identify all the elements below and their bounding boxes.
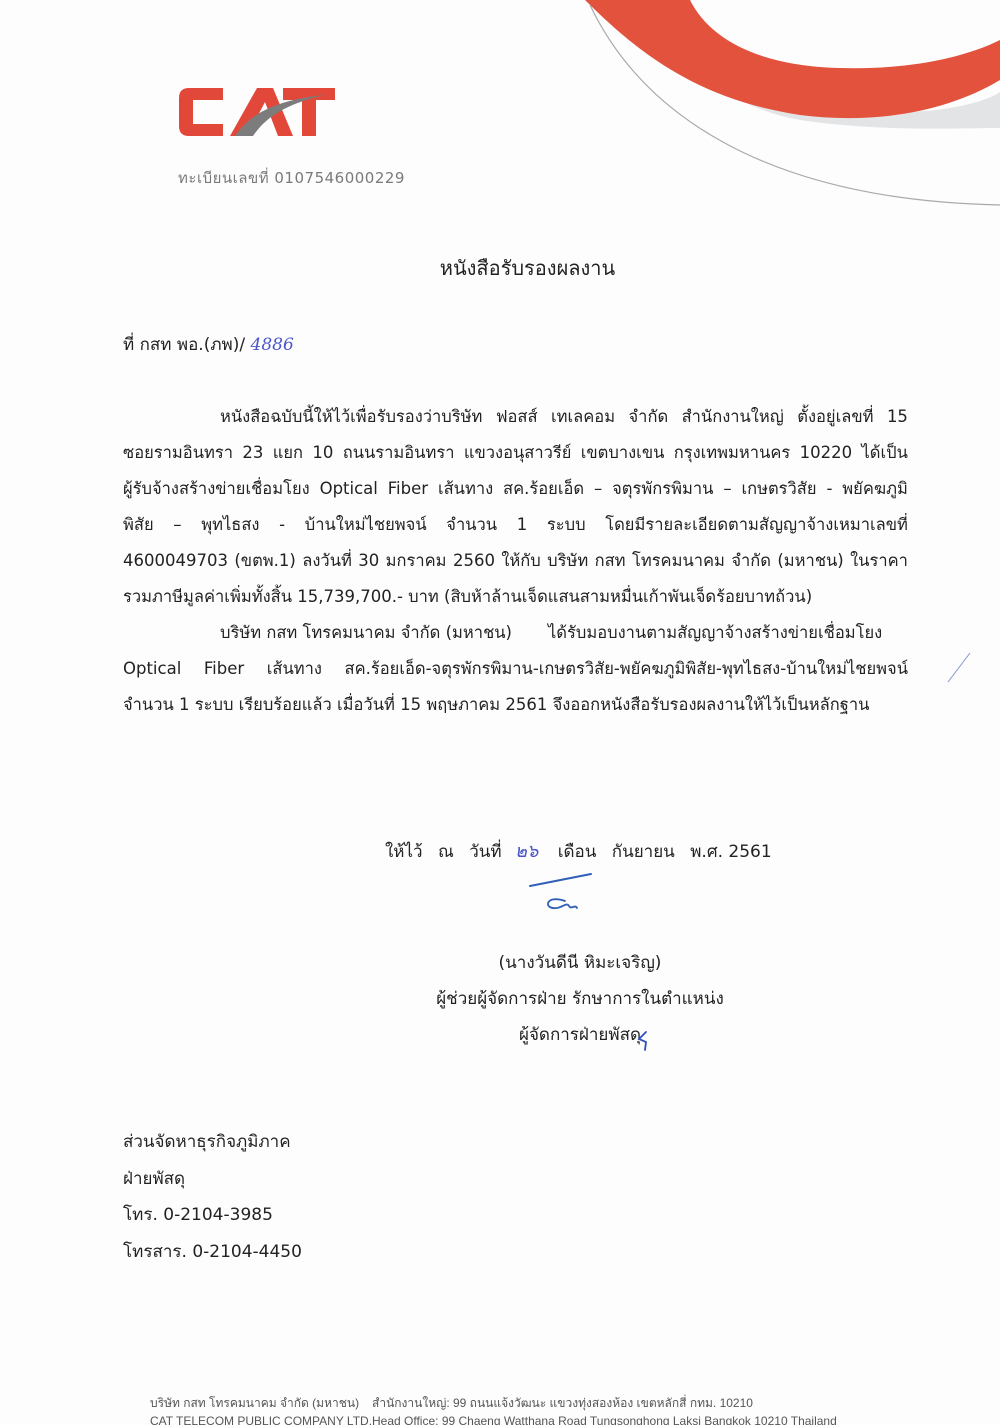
signatory-block: (นางวันดีนี หิมะเจริญ) ผู้ช่วยผู้จัดการฝ… xyxy=(380,945,780,1053)
body-word: เส้นทาง xyxy=(267,651,322,687)
month-label: เดือน xyxy=(558,842,597,862)
footer-address-en: Head Office: 99 Chaeng Watthana Road Tun… xyxy=(372,1412,837,1425)
contact-block: ส่วนจัดหาธุรกิจภูมิภาค ฝ่ายพัสดุ โทร. 0-… xyxy=(123,1124,302,1270)
body-word: – xyxy=(173,507,181,543)
registration-number: ทะเบียนเลขที่ 0107546000229 xyxy=(178,166,405,190)
body-word: สค.ร้อยเอ็ด-จตุรพักรพิมาน-เกษตรวิสัย-พยั… xyxy=(345,651,908,687)
year-value: 2561 xyxy=(728,842,771,862)
cat-logo xyxy=(175,78,345,148)
body-word: จตุรพักรพิมาน xyxy=(612,471,713,507)
stray-pen-mark xyxy=(945,650,975,685)
body-word: พยัคฆภูมิ xyxy=(842,471,908,507)
body-word: Optical xyxy=(123,651,181,687)
document-title: หนังสือรับรองผลงาน xyxy=(0,252,1000,284)
body-word: จำนวน xyxy=(446,507,497,543)
contact-division: ฝ่ายพัสดุ xyxy=(123,1161,302,1198)
signatory-name: (นางวันดีนี หิมะเจริญ) xyxy=(380,945,780,981)
contact-department: ส่วนจัดหาธุรกิจภูมิภาค xyxy=(123,1124,302,1161)
body-line: จำนวน 1 ระบบ เรียบร้อยแล้ว เมื่อวันที่ 1… xyxy=(123,687,908,723)
body-word: 23 xyxy=(242,435,263,471)
body-line: ผู้รับจ้างสร้างข่ายเชื่อมโยงOpticalFiber… xyxy=(123,471,908,507)
day-label: วันที่ xyxy=(469,842,501,862)
body-word: ได้รับมอบงานตามสัญญาจ้างสร้างข่ายเชื่อมโ… xyxy=(548,615,882,651)
body-line: 4600049703(ขตพ.1)ลงวันที่30มกราคม2560ให้… xyxy=(123,543,908,579)
body-word: เขตบางเขน xyxy=(581,435,665,471)
signatory-department: ผู้จัดการฝ่ายพัสดุ xyxy=(380,1017,780,1053)
signature xyxy=(525,866,605,916)
registration-value: 0107546000229 xyxy=(274,169,405,187)
body-word: โดยมีรายละเอียดตามสัญญาจ้างเหมาเลขที่ xyxy=(605,507,908,543)
body-word: จำกัด xyxy=(629,399,669,435)
footer-address-th: สำนักงานใหญ่: 99 ถนนแจ้งวัฒนะ แขวงทุ่งสอ… xyxy=(372,1394,753,1412)
contact-phone: โทร. 0-2104-3985 xyxy=(123,1197,302,1234)
signatory-position: ผู้ช่วยผู้จัดการฝ่าย รักษาการในตำแหน่ง xyxy=(380,981,780,1017)
body-word: - xyxy=(279,507,285,543)
body-word: 10 xyxy=(312,435,333,471)
body-word: ซอยรามอินทรา xyxy=(123,435,233,471)
body-line: OpticalFiberเส้นทางสค.ร้อยเอ็ด-จตุรพักรพ… xyxy=(123,651,908,687)
body-word: – xyxy=(723,471,731,507)
body-line: พิสัย–พุทไธสง-บ้านใหม่ไชยพจน์จำนวน1ระบบโ… xyxy=(123,507,908,543)
body-word: บ้านใหม่ไชยพจน์ xyxy=(305,507,427,543)
body-word: Optical xyxy=(320,471,378,507)
body-word: แขวงอนุสาวรีย์ xyxy=(464,435,572,471)
body-word: โทรคมนาคม xyxy=(632,543,725,579)
body-word: 10220 xyxy=(800,435,853,471)
given-label: ให้ไว้ xyxy=(385,842,423,862)
body-word: 30 xyxy=(358,543,379,579)
body-word: ถนนรามอินทรา xyxy=(343,435,455,471)
body-word: 4600049703 xyxy=(123,543,228,579)
body-word: - xyxy=(826,471,832,507)
body-line: ซอยรามอินทรา23แยก10ถนนรามอินทราแขวงอนุสา… xyxy=(123,435,908,471)
body-word: – xyxy=(594,471,602,507)
body-word: แยก xyxy=(273,435,303,471)
letterhead-footer: บริษัท กสท โทรคมนาคม จำกัด (มหาชน) สำนัก… xyxy=(150,1394,837,1425)
body-word: เทเลคอม xyxy=(551,399,615,435)
body-word: ผู้รับจ้างสร้างข่ายเชื่อมโยง xyxy=(123,471,310,507)
body-line: รวมภาษีมูลค่าเพิ่มทั้งสิ้น 15,739,700.- … xyxy=(123,579,908,615)
body-word: สำนักงานใหญ่ xyxy=(682,399,784,435)
body-word: ฟอสส์ xyxy=(496,399,538,435)
body-word: 15 xyxy=(887,399,908,435)
body-word: เกษตรวิสัย xyxy=(741,471,816,507)
body-word: กรุงเทพมหานคร xyxy=(674,435,791,471)
body-word: 1 xyxy=(517,507,528,543)
body-word: พุทไธสง xyxy=(201,507,259,543)
body-word: Fiber xyxy=(388,471,428,507)
footer-company-th: บริษัท กสท โทรคมนาคม จำกัด (มหาชน) xyxy=(150,1394,358,1412)
body-word: บริษัท กสท โทรคมนาคม จำกัด (มหาชน) xyxy=(220,615,512,651)
body-line: หนังสือฉบับนี้ให้ไว้เพื่อรับรองว่าบริษัท… xyxy=(123,399,908,435)
body-word: ลงวันที่ xyxy=(302,543,352,579)
letterhead-swoosh-graphic xyxy=(0,0,1000,260)
reference-number: ที่ กสท พอ.(ภพ)/ 4886 xyxy=(123,331,294,358)
body-word: รวมภาษีมูลค่าเพิ่มทั้งสิ้น 15,739,700.- … xyxy=(123,579,812,615)
body-word: ในราคา xyxy=(850,543,908,579)
body-word: กสท xyxy=(595,543,626,579)
body-word: จำกัด xyxy=(731,543,771,579)
body-word: จำนวน 1 ระบบ เรียบร้อยแล้ว เมื่อวันที่ 1… xyxy=(123,687,869,723)
body-word: หนังสือฉบับนี้ให้ไว้เพื่อรับรองว่าบริษัท xyxy=(220,399,482,435)
issue-date-line: ให้ไว้ ณ วันที่ ๒๖ เดือน กันยายน พ.ศ. 25… xyxy=(385,836,772,865)
body-word: ให้กับ xyxy=(501,543,540,579)
body-line: บริษัท กสท โทรคมนาคม จำกัด (มหาชน)ได้รับ… xyxy=(123,615,908,651)
body-word: สค.ร้อยเอ็ด xyxy=(503,471,584,507)
day-handwritten: ๒๖ xyxy=(515,841,538,862)
body-word: (มหาชน) xyxy=(777,543,843,579)
reference-handwritten-number: 4886 xyxy=(251,335,294,355)
body-word: ได้เป็น xyxy=(861,435,907,471)
body-word: (ขตพ.1) xyxy=(234,543,296,579)
body-word: ตั้งอยู่เลขที่ xyxy=(797,399,873,435)
certificate-body: หนังสือฉบับนี้ให้ไว้เพื่อรับรองว่าบริษัท… xyxy=(123,399,908,723)
body-word: ระบบ xyxy=(547,507,586,543)
at-label: ณ xyxy=(438,842,454,862)
footer-company-en: CAT TELECOM PUBLIC COMPANY LTD. xyxy=(150,1412,358,1425)
reference-prefix: ที่ กสท พอ.(ภพ)/ xyxy=(123,335,245,355)
contact-fax: โทรสาร. 0-2104-4450 xyxy=(123,1234,302,1271)
body-word: มกราคม xyxy=(386,543,447,579)
month-value: กันยายน xyxy=(612,842,675,862)
body-word: พิสัย xyxy=(123,507,154,543)
body-word: บริษัท xyxy=(547,543,588,579)
registration-label: ทะเบียนเลขที่ xyxy=(178,169,269,187)
initial-mark xyxy=(636,1030,652,1052)
body-word: เส้นทาง xyxy=(438,471,493,507)
body-word: Fiber xyxy=(204,651,244,687)
year-label: พ.ศ. xyxy=(690,842,723,862)
body-word: 2560 xyxy=(453,543,495,579)
